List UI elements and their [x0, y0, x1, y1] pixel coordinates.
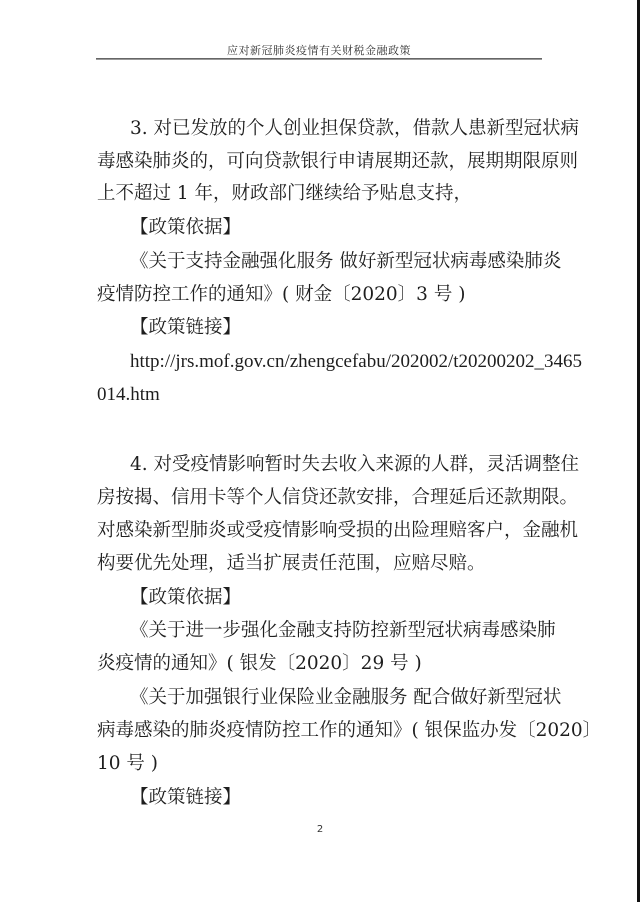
section4-basis-line-1: 《关于进一步强化金融支持防控新型冠状病毒感染肺 [130, 618, 535, 644]
header-divider [96, 58, 542, 60]
section3-body-line-2: 毒感染肺炎的，可向贷款银行申请展期还款，展期期限原则 [97, 149, 540, 175]
section3-policy-link-line-1[interactable]: http://jrs.mof.gov.cn/zhengcefabu/202002… [130, 349, 540, 375]
section3-basis-label: 【政策依据】 [130, 215, 540, 241]
section3-body-line-3: 上不超过 1 年，财政部门继续给予贴息支持， [97, 181, 540, 207]
section3-link-label: 【政策链接】 [130, 315, 540, 341]
section4-body-line-4: 构要优先处理，适当扩展责任范围，应赔尽赔。 [97, 551, 540, 577]
page-number: 2 [0, 824, 640, 835]
section4-basis-line-2: 炎疫情的通知》( 银发〔2020〕29 号 ) [97, 651, 540, 677]
section4-basis-line-4: 病毒感染的肺炎疫情防控工作的通知》( 银保监办发〔2020〕 [97, 718, 540, 744]
section3-basis-line-2: 疫情防控工作的通知》( 财金〔2020〕3 号 ) [97, 282, 540, 308]
section4-body-line-1: 4. 对受疫情影响暂时失去收入来源的人群，灵活调整住 [130, 452, 540, 478]
section4-link-label: 【政策链接】 [130, 785, 540, 811]
section3-body-line-1: 3. 对已发放的个人创业担保贷款，借款人患新型冠状病 [130, 116, 540, 142]
section4-basis-line-3: 《关于加强银行业保险业金融服务 配合做好新型冠状 [130, 685, 537, 711]
section4-body-line-2: 房按揭、信用卡等个人信贷还款安排，合理延后还款期限。 [97, 485, 540, 511]
section4-basis-line-5: 10 号 ) [97, 751, 540, 777]
section4-body-line-3: 对感染新型肺炎或受疫情影响受损的出险理赔客户，金融机 [97, 518, 540, 544]
running-header-title: 应对新冠肺炎疫情有关财税金融政策 [96, 42, 542, 58]
section4-basis-label: 【政策依据】 [130, 585, 540, 611]
section3-basis-line-1: 《关于支持金融强化服务 做好新型冠状病毒感染肺炎 [130, 249, 535, 275]
section3-policy-link-line-2[interactable]: 014.htm [97, 382, 540, 408]
